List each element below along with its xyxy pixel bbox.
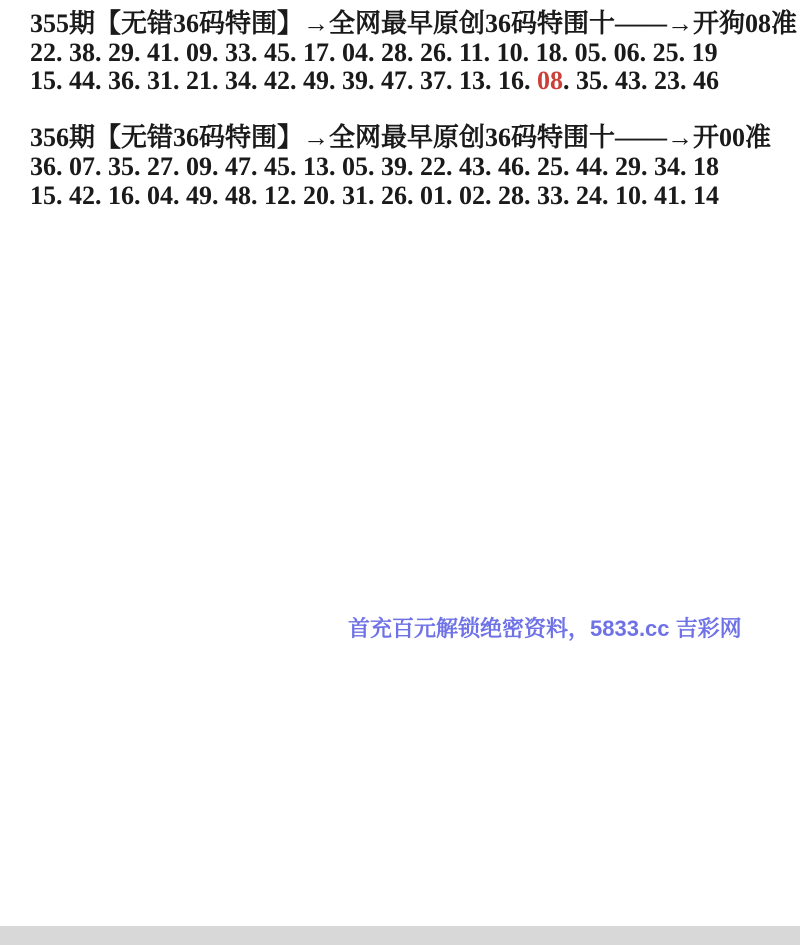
numbers-row-2-355: 15. 44. 36. 31. 21. 34. 42. 49. 39. 47. … [30, 67, 800, 96]
numbers-after-hit: . 35. 43. 23. 46 [563, 66, 719, 95]
numbers-row-1-355: 22. 38. 29. 41. 09. 33. 45. 17. 04. 28. … [30, 39, 800, 68]
numbers-row-1-356: 36. 07. 35. 27. 09. 47. 45. 13. 05. 39. … [30, 153, 800, 182]
hit-number: 08 [537, 66, 563, 95]
prediction-block-355: 355期【无错36码特围】→全网最早原创36码特围十——→开狗08准 22. 3… [30, 10, 800, 96]
promo-link[interactable]: 首充百元解锁绝密资料，5833.cc 吉彩网 [348, 616, 742, 642]
prediction-list: 355期【无错36码特围】→全网最早原创36码特围十——→开狗08准 22. 3… [30, 10, 800, 210]
block-title-355: 355期【无错36码特围】→全网最早原创36码特围十——→开狗08准 [30, 10, 800, 39]
prediction-block-356: 356期【无错36码特围】→全网最早原创36码特围十——→开00准 36. 07… [30, 124, 800, 210]
numbers-before-hit: 15. 44. 36. 31. 21. 34. 42. 49. 39. 47. … [30, 66, 537, 95]
numbers-row-2-356: 15. 42. 16. 04. 49. 48. 12. 20. 31. 26. … [30, 182, 800, 211]
block-title-356: 356期【无错36码特围】→全网最早原创36码特围十——→开00准 [30, 124, 800, 153]
footer-bar [0, 926, 800, 945]
